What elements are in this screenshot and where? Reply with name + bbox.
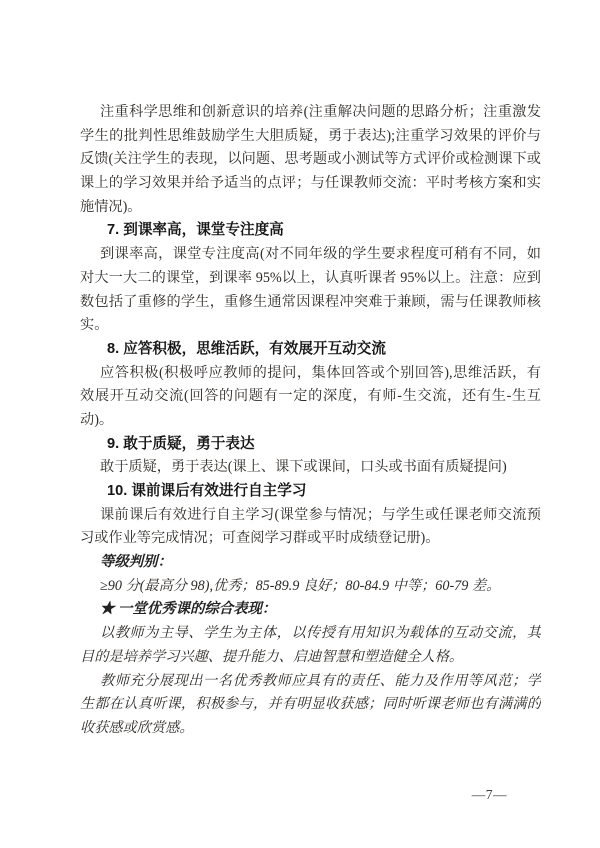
- text-line: 到课率高，课堂专注度高(对不同年级的学生要求程度可稍有不同，如: [80, 243, 541, 267]
- text-line: 课上的学习效果并给予适当的点评；与任课教师交流：平时考核方案和实: [80, 172, 541, 196]
- text-line: 实。: [80, 314, 541, 338]
- text-line: 动)。: [80, 409, 541, 433]
- text-line: 应答积极(积极呼应教师的提问，集体回答或个别回答),思维活跃，有: [80, 362, 541, 386]
- text-line: 对大一大二的课堂，到课率 95%以上，认真听课者 95%以上。注意：应到人: [80, 267, 541, 291]
- text-line: 效展开互动交流(回答的问题有一定的深度，有师-生交流，还有生-生互: [80, 385, 541, 409]
- text-line: 目的是培养学习兴趣、提升能力、启迪智慧和塑造健全人格。: [80, 646, 541, 670]
- text-line: 反馈(关注学生的表现，以问题、思考题或小测试等方式评价或检测课下或: [80, 148, 541, 172]
- section-heading: 10. 课前课后有效进行自主学习: [80, 480, 541, 504]
- text-line: 敢于质疑，勇于表达(课上、课下或课间，口头或书面有质疑提问): [80, 456, 541, 480]
- text-line: 施情况)。: [80, 196, 541, 220]
- text-line: 习或作业等完成情况；可查阅学习群或平时成绩登记册)。: [80, 527, 541, 551]
- text-line: 收获感或欣赏感。: [80, 717, 541, 741]
- text-line: 教师充分展现出一名优秀教师应具有的责任、能力及作用等风范；学: [80, 670, 541, 694]
- text-line: 生都在认真听课，积极参与，并有明显收获感；同时听课老师也有满满的: [80, 693, 541, 717]
- text-line: 课前课后有效进行自主学习(课堂参与情况；与学生或任课老师交流预: [80, 504, 541, 528]
- text-line: 数包括了重修的学生，重修生通常因课程冲突难于兼顾，需与任课教师核: [80, 291, 541, 315]
- section-heading: 9. 敢于质疑，勇于表达: [80, 433, 541, 457]
- text-line: 注重科学思维和创新意识的培养(注重解决问题的思路分析；注重激发: [80, 101, 541, 125]
- text-line: 以教师为主导、学生为主体，以传授有用知识为载体的互动交流，其: [80, 622, 541, 646]
- emphasis-heading: ★ 一堂优秀课的综合表现：: [80, 598, 541, 622]
- heading-label: 一堂优秀课的综合表现：: [118, 601, 276, 617]
- text-line: ≥90 分(最高分 98),优秀；85-89.9 良好；80-84.9 中等；6…: [80, 575, 541, 599]
- text-block: 注重科学思维和创新意识的培养(注重解决问题的思路分析；注重激发学生的批判性思维鼓…: [80, 101, 541, 741]
- page-number: —7—: [472, 786, 507, 804]
- section-heading: 8. 应答积极，思维活跃，有效展开互动交流: [80, 338, 541, 362]
- section-heading: 7. 到课率高，课堂专注度高: [80, 219, 541, 243]
- document-page: 注重科学思维和创新意识的培养(注重解决问题的思路分析；注重激发学生的批判性思维鼓…: [0, 0, 600, 848]
- star-icon: ★: [100, 601, 118, 617]
- text-line: 学生的批判性思维鼓励学生大胆质疑，勇于表达);注重学习效果的评价与: [80, 125, 541, 149]
- emphasis-heading: 等级判别：: [80, 551, 541, 575]
